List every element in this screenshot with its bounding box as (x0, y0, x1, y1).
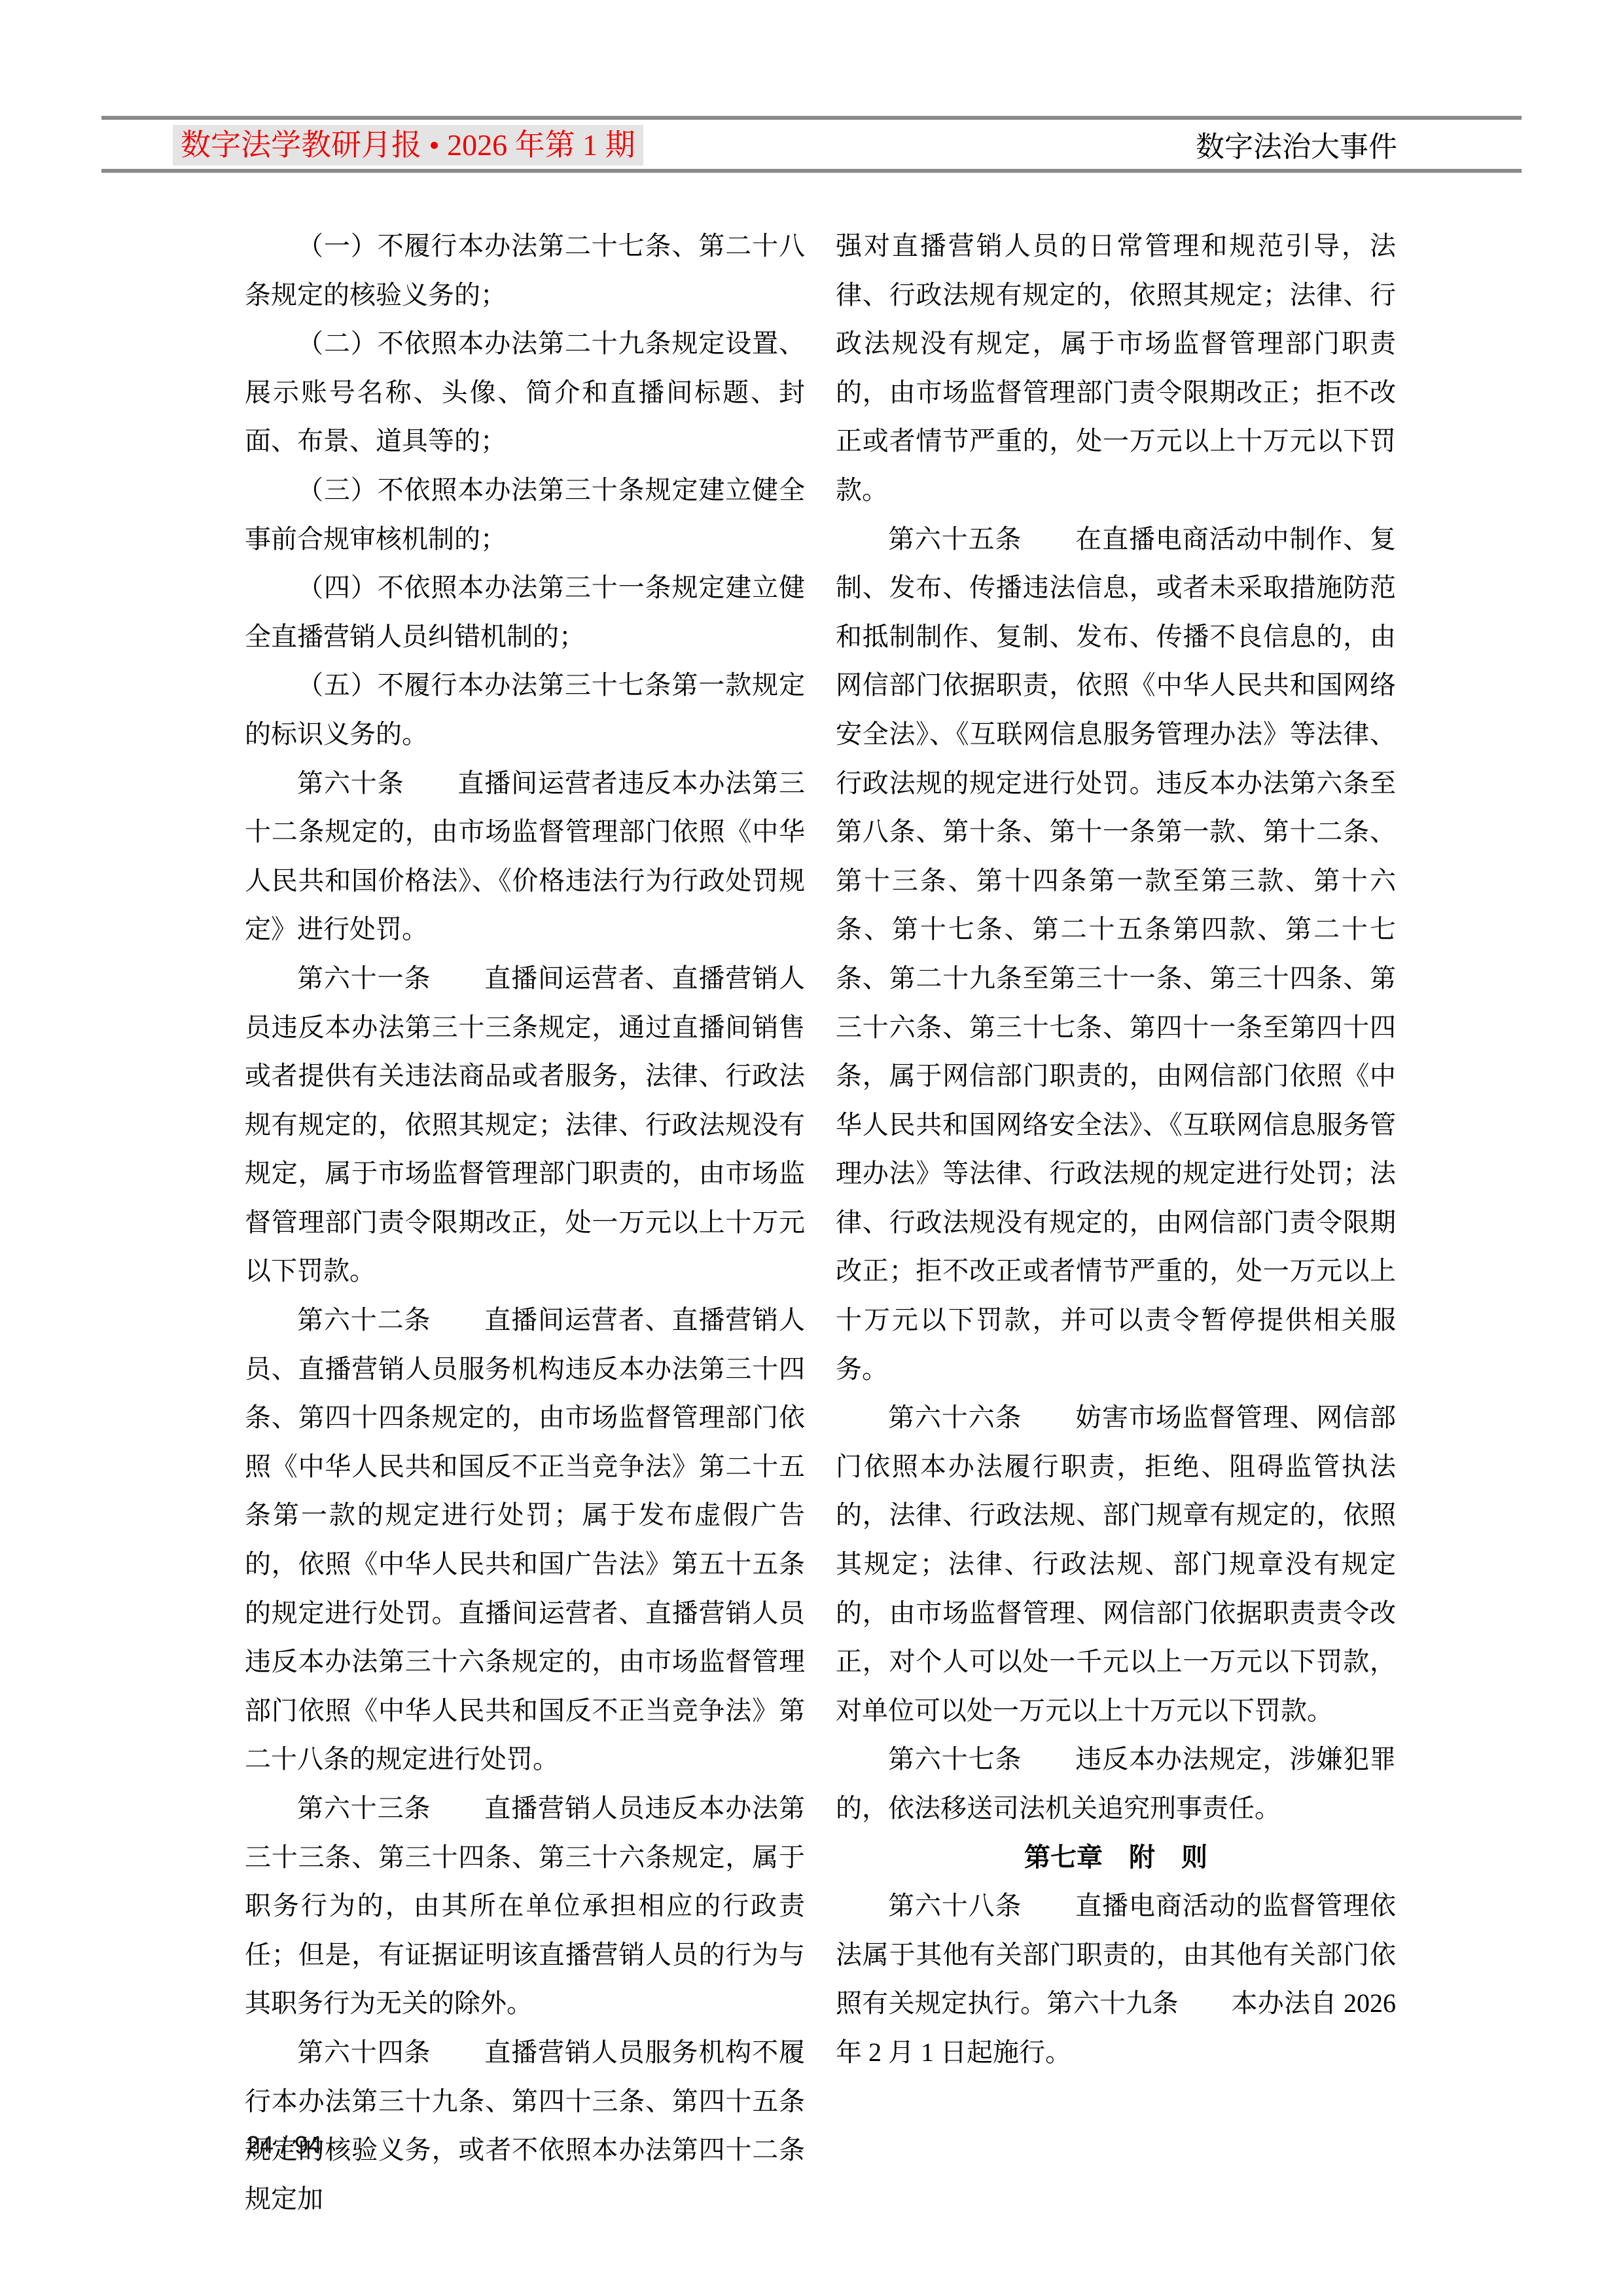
article-63: 第六十三条 直播营销人员违反本办法第三十三条、第三十四条、第三十六条规定，属于职… (245, 1784, 805, 2028)
clause-item-1: （一）不履行本办法第二十七条、第二十八条规定的核验义务的； (245, 222, 805, 319)
clause-item-5: （五）不履行本办法第三十七条第一款规定的标识义务的。 (245, 661, 805, 759)
journal-title: 数字法学教研月报 • 2026 年第 1 期 (173, 125, 643, 166)
clause-item-2: （二）不依照本办法第二十九条规定设置、展示账号名称、头像、简介和直播间标题、封面… (245, 319, 805, 466)
section-title: 数字法治大事件 (1196, 129, 1397, 166)
header-rule-bottom (101, 169, 1522, 173)
document-page: 数字法学教研月报 • 2026 年第 1 期 数字法治大事件 （一）不履行本办法… (0, 0, 1623, 2296)
left-column: （一）不履行本办法第二十七条、第二十八条规定的核验义务的； （二）不依照本办法第… (245, 222, 805, 2223)
article-60: 第六十条 直播间运营者违反本办法第三十二条规定的，由市场监督管理部门依照《中华人… (245, 759, 805, 954)
right-column: 强对直播营销人员的日常管理和规范引导，法律、行政法规有规定的，依照其规定；法律、… (836, 222, 1396, 2077)
article-61: 第六十一条 直播间运营者、直播营销人员违反本办法第三十三条规定，通过直播间销售或… (245, 954, 805, 1296)
article-64-part: 第六十四条 直播营销人员服务机构不履行本办法第三十九条、第四十三条、第四十五条规… (245, 2028, 805, 2223)
clause-item-4: （四）不依照本办法第三十一条规定建立健全直播营销人员纠错机制的； (245, 564, 805, 661)
page-number: 24 / 94 (246, 2131, 322, 2160)
article-64-continuation: 强对直播营销人员的日常管理和规范引导，法律、行政法规有规定的，依照其规定；法律、… (836, 222, 1396, 515)
chapter-heading: 第七章 附 则 (836, 1833, 1396, 1882)
header-rule-top (101, 116, 1522, 120)
clause-item-3: （三）不依照本办法第三十条规定建立健全事前合规审核机制的； (245, 466, 805, 564)
article-68-69: 第六十八条 直播电商活动的监督管理依法属于其他有关部门职责的，由其他有关部门依照… (836, 1882, 1396, 2077)
article-66: 第六十六条 妨害市场监督管理、网信部门依照本办法履行职责，拒绝、阻碍监管执法的，… (836, 1393, 1396, 1735)
article-62: 第六十二条 直播间运营者、直播营销人员、直播营销人员服务机构违反本办法第三十四条… (245, 1296, 805, 1784)
article-67: 第六十七条 违反本办法规定，涉嫌犯罪的，依法移送司法机关追究刑事责任。 (836, 1735, 1396, 1833)
article-65: 第六十五条 在直播电商活动中制作、复制、发布、传播违法信息，或者未采取措施防范和… (836, 515, 1396, 1394)
